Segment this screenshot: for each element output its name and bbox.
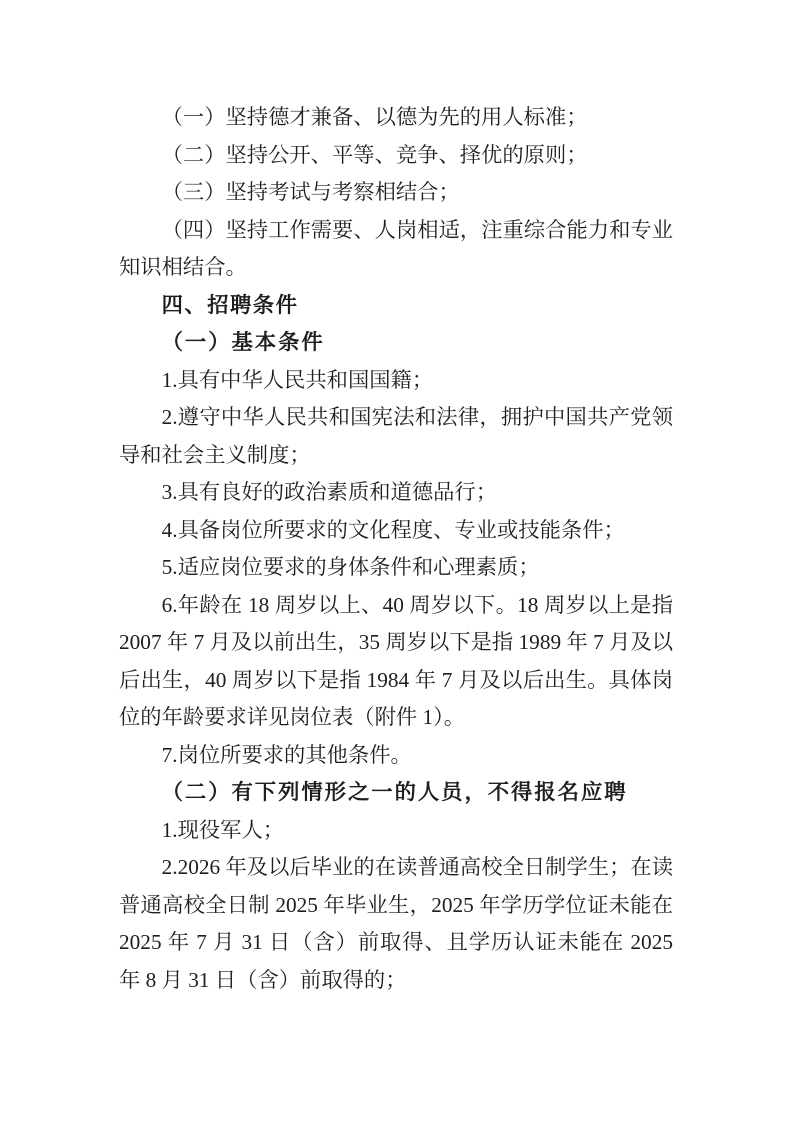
paragraph: 4.具备岗位所要求的文化程度、专业或技能条件； (119, 512, 673, 550)
paragraph: 四、招聘条件 (119, 287, 673, 325)
paragraph: 3.具有良好的政治素质和道德品行； (119, 474, 673, 512)
paragraph: （三）坚持考试与考察相结合； (119, 174, 673, 212)
paragraph: （一）坚持德才兼备、以德为先的用人标准； (119, 99, 673, 137)
paragraph: 1.具有中华人民共和国国籍； (119, 362, 673, 400)
paragraph: 2.2026 年及以后毕业的在读普通高校全日制学生；在读普通高校全日制 2025… (119, 849, 673, 999)
paragraph: 6.年龄在 18 周岁以上、40 周岁以下。18 周岁以上是指 2007 年 7… (119, 587, 673, 737)
paragraph: （四）坚持工作需要、人岗相适，注重综合能力和专业知识相结合。 (119, 212, 673, 287)
document-body: （一）坚持德才兼备、以德为先的用人标准；（二）坚持公开、平等、竞争、择优的原则；… (119, 99, 673, 999)
paragraph: 1.现役军人； (119, 812, 673, 850)
document-page: （一）坚持德才兼备、以德为先的用人标准；（二）坚持公开、平等、竞争、择优的原则；… (0, 0, 793, 1122)
paragraph: （一）基本条件 (119, 324, 673, 362)
paragraph: （二）有下列情形之一的人员，不得报名应聘 (119, 774, 673, 812)
paragraph: 5.适应岗位要求的身体条件和心理素质； (119, 549, 673, 587)
paragraph: 7.岗位所要求的其他条件。 (119, 737, 673, 775)
paragraph: 2.遵守中华人民共和国宪法和法律，拥护中国共产党领导和社会主义制度； (119, 399, 673, 474)
paragraph: （二）坚持公开、平等、竞争、择优的原则； (119, 137, 673, 175)
